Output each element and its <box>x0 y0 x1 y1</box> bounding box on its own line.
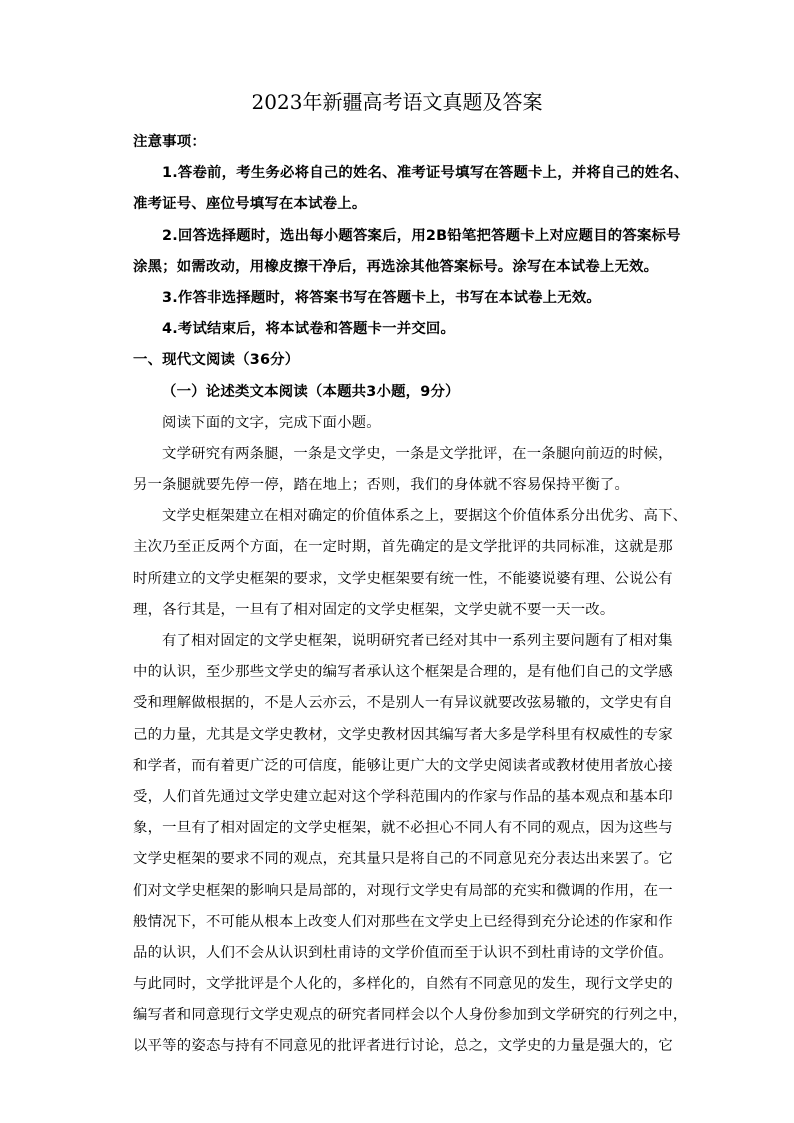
document-title: 2023年新疆高考语文真题及答案 <box>0 88 794 116</box>
paragraph-line: 们对文学史框架的影响只是局部的，对现行文学史有局部的充实和微调的作用，在一 <box>133 876 663 907</box>
paragraph-line: 受，人们首先通过文学史建立起对这个学科范围内的作家与作品的基本观点和基本印 <box>133 782 663 813</box>
paragraph-line: 文学研究有两条腿，一条是文学史，一条是文学批评，在一条腿向前迈的时候， <box>133 439 663 470</box>
paragraph-line: 象，一旦有了相对固定的文学史框架，就不必担心不同人有不同的观点，因为这些与 <box>133 813 663 844</box>
notice-2-line-2: 涂黑；如需改动，用橡皮擦干净后，再选涂其他答案标号。涂写在本试卷上无效。 <box>133 252 663 283</box>
paragraph-1: 文学研究有两条腿，一条是文学史，一条是文学批评，在一条腿向前迈的时候， 另一条腿… <box>133 439 663 501</box>
notice-1-line-1: 1.答卷前，考生务必将自己的姓名、准考证号填写在答题卡上，并将自己的姓名、 <box>133 158 663 189</box>
paragraph-line: 受和理解做根据的，不是人云亦云，不是别人一有异议就要改弦易辙的，文学史有自 <box>133 688 663 719</box>
paragraph-line: 文学史框架的要求不同的观点，充其量只是将自己的不同意见充分表达出来罢了。它 <box>133 844 663 875</box>
paragraph-line: 中的认识，至少那些文学史的编写者承认这个框架是合理的，是有他们自己的文学感 <box>133 657 663 688</box>
paragraph-line: 文学史框架建立在相对确定的价值体系之上，要据这个价值体系分出优劣、高下、 <box>133 501 663 532</box>
section-heading: 一、现代文阅读（36分） <box>133 345 663 376</box>
paragraph-line: 品的认识，人们不会从认识到杜甫诗的文学价值而至于认识不到杜甫诗的文学价值。 <box>133 938 663 969</box>
paragraph-line: 主次乃至正反两个方面，在一定时期，首先确定的是文学批评的共同标准，这就是那 <box>133 532 663 563</box>
paragraph-line: 与此同时，文学批评是个人化的，多样化的，自然有不同意见的发生，现行文学史的 <box>133 969 663 1000</box>
paragraph-line: 有了相对固定的文学史框架，说明研究者已经对其中一系列主要问题有了相对集 <box>133 626 663 657</box>
paragraph-line: 和学者，而有着更广泛的可信度，能够让更广大的文学史阅读者或教材使用者放心接 <box>133 751 663 782</box>
subsection-heading: （一）论述类文本阅读（本题共3小题，9分） <box>133 377 663 408</box>
document-body: 注意事项： 1.答卷前，考生务必将自己的姓名、准考证号填写在答题卡上，并将自己的… <box>133 127 663 1063</box>
paragraph-3: 有了相对固定的文学史框架，说明研究者已经对其中一系列主要问题有了相对集 中的认识… <box>133 626 663 1063</box>
notice-3-line-1: 3.作答非选择题时，将答案书写在答题卡上，书写在本试卷上无效。 <box>133 283 663 314</box>
paragraph-line: 理，各行其是，一旦有了相对固定的文学史框架，文学史就不要一天一改。 <box>133 595 663 626</box>
paragraph-line: 以平等的姿态与持有不同意见的批评者进行讨论，总之，文学史的力量是强大的，它 <box>133 1031 663 1062</box>
paragraph-line: 时所建立的文学史框架的要求，文学史框架要有统一性，不能婆说婆有理、公说公有 <box>133 564 663 595</box>
paragraph-line: 另一条腿就要先停一停，踏在地上；否则，我们的身体就不容易保持平衡了。 <box>133 470 663 501</box>
notice-heading: 注意事项： <box>133 127 663 158</box>
document-page: 2023年新疆高考语文真题及答案 注意事项： 1.答卷前，考生务必将自己的姓名、… <box>0 0 794 1123</box>
reading-instruction: 阅读下面的文字，完成下面小题。 <box>133 408 663 439</box>
notice-1-line-2: 准考证号、座位号填写在本试卷上。 <box>133 189 663 220</box>
paragraph-line: 编写者和同意现行文学史观点的研究者同样会以个人身份参加到文学研究的行列之中， <box>133 1000 663 1031</box>
notice-2-line-1: 2.回答选择题时，选出每小题答案后，用2B铅笔把答题卡上对应题目的答案标号 <box>133 221 663 252</box>
paragraph-line: 般情况下，不可能从根本上改变人们对那些在文学史上已经得到充分论述的作家和作 <box>133 907 663 938</box>
notice-list: 1.答卷前，考生务必将自己的姓名、准考证号填写在答题卡上，并将自己的姓名、 准考… <box>133 158 663 345</box>
paragraph-2: 文学史框架建立在相对确定的价值体系之上，要据这个价值体系分出优劣、高下、 主次乃… <box>133 501 663 626</box>
notice-4-line-1: 4.考试结束后，将本试卷和答题卡一并交回。 <box>133 314 663 345</box>
paragraph-line: 己的力量，尤其是文学史教材，文学史教材因其编写者大多是学科里有权威性的专家 <box>133 720 663 751</box>
